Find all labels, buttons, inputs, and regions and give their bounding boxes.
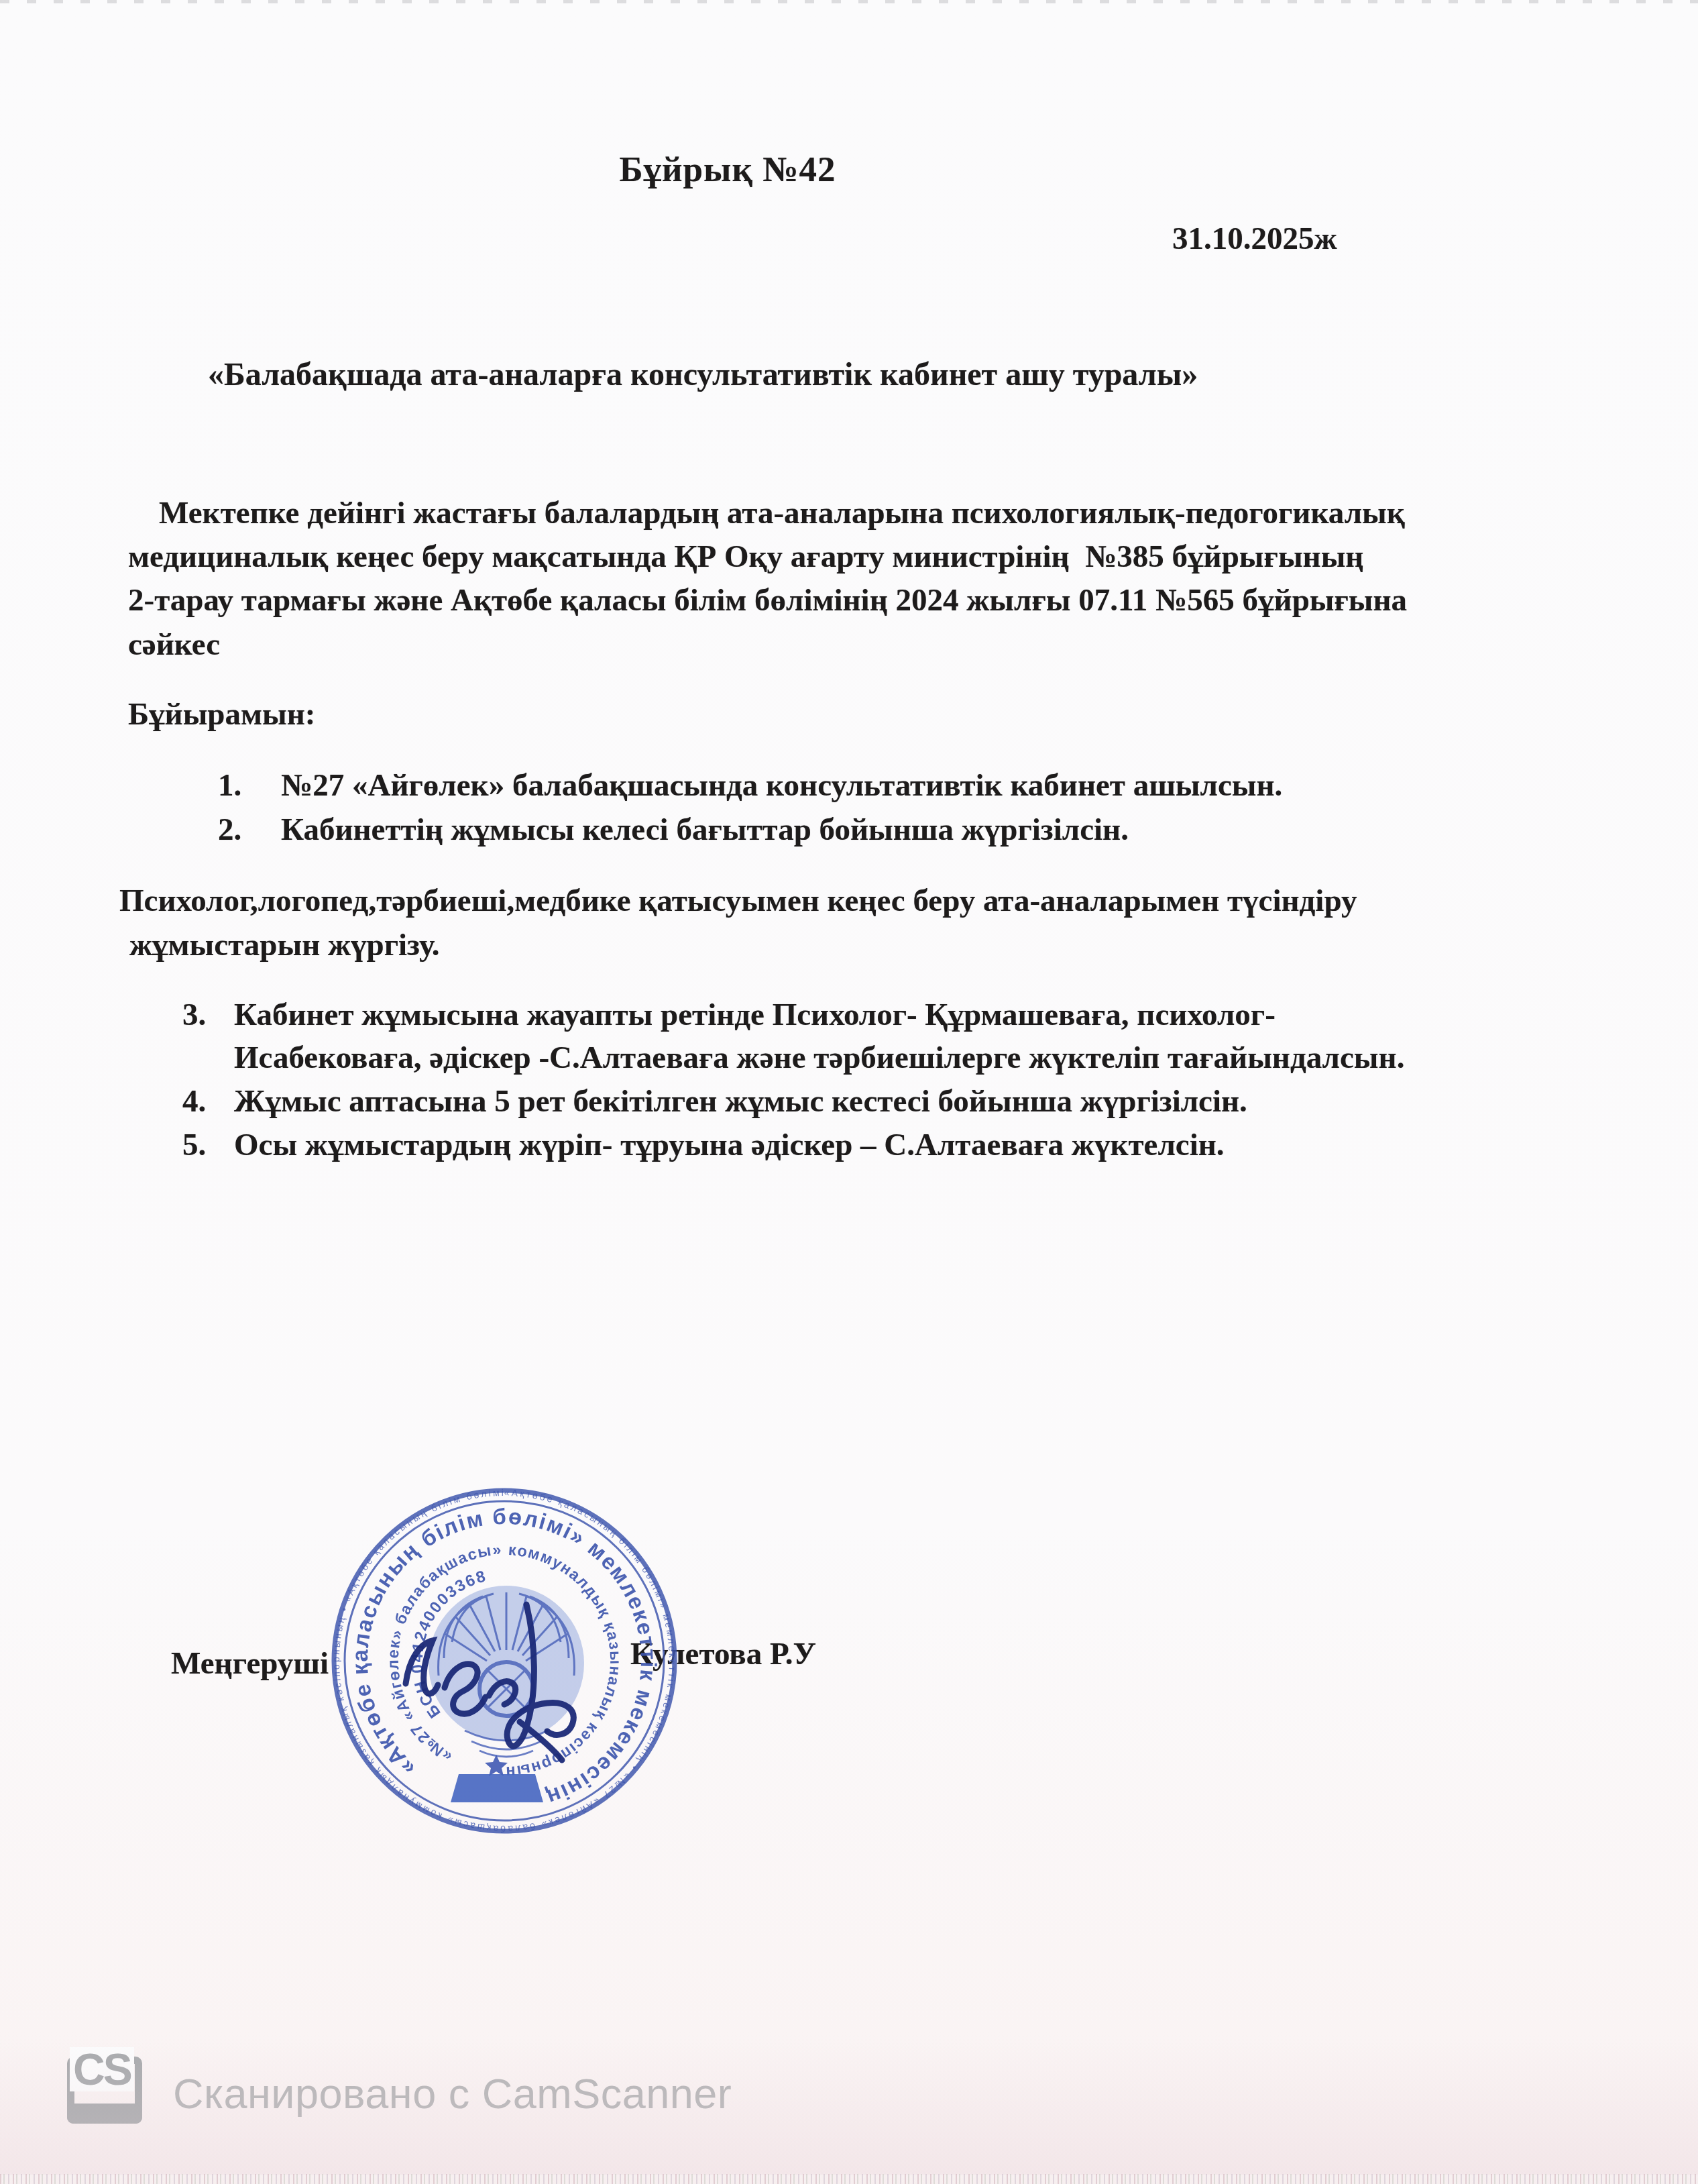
camscanner-logo-letters: CS — [70, 2047, 134, 2091]
signature-scribble — [386, 1529, 701, 1771]
order-item-2-text: Кабинеттің жұмысы келесі бағыттар бойынш… — [281, 812, 1129, 847]
preamble-line-1: Мектепке дейінгі жастағы балалардың ата-… — [159, 496, 1405, 531]
preamble-line-2: медициналық кеңес беру мақсатында ҚР Оқу… — [128, 540, 1363, 575]
order-item-2: 2.Кабинеттің жұмысы келесі бағыттар бойы… — [218, 813, 1129, 848]
order-item-5-number: 5. — [182, 1128, 234, 1163]
order-item-5: 5.Осы жұмыстардың жүріп- тұруына әдіскер… — [182, 1128, 1225, 1163]
doc-date: 31.10.2025ж — [1172, 222, 1337, 257]
order-item-4-number: 4. — [182, 1085, 234, 1120]
directions-line-1: Психолог,логопед,тәрбиеші,медбике қатысу… — [119, 884, 1357, 919]
order-item-5-text: Осы жұмыстардың жүріп- тұруына әдіскер –… — [234, 1128, 1225, 1162]
order-heading: Бұйырамын: — [128, 698, 315, 732]
order-item-1-number: 1. — [218, 769, 281, 804]
order-item-3-number: 3. — [182, 998, 234, 1033]
order-item-3-text-line-1: Кабинет жұмысына жауапты ретінде Психоло… — [234, 997, 1276, 1032]
order-item-1: 1.№27 «Айгөлек» балабақшасында консульта… — [218, 769, 1282, 804]
signature-role: Меңгеруші — [171, 1647, 329, 1682]
doc-title: Бұйрық №42 — [0, 150, 1455, 189]
order-item-2-number: 2. — [218, 813, 281, 848]
preamble-line-3: 2-тарау тармағы және Ақтөбе қаласы білім… — [128, 584, 1407, 618]
order-item-3-text-line-2: Исабековаға, әдіскер -С.Алтаеваға және т… — [234, 1041, 1404, 1076]
scanned-document-page: Бұйрық №42 31.10.2025ж «Балабақшада ата-… — [0, 0, 1698, 2184]
order-item-1-text: №27 «Айгөлек» балабақшасында консультати… — [281, 768, 1282, 803]
camscanner-logo-bottom-bar — [67, 2104, 142, 2124]
camscanner-logo-icon: CS — [67, 2057, 142, 2124]
scan-top-edge-artifact — [0, 0, 1698, 3]
directions-line-2: жұмыстарын жүргізу. — [129, 928, 440, 963]
scan-noise-band — [0, 2174, 1698, 2184]
stamp-banner — [451, 1774, 543, 1802]
preamble-line-4: сәйкес — [128, 628, 220, 663]
order-item-4-text: Жұмыс аптасына 5 рет бекітілген жұмыс ке… — [234, 1084, 1247, 1119]
order-item-3: 3.Кабинет жұмысына жауапты ретінде Психо… — [182, 998, 1276, 1033]
order-item-4: 4.Жұмыс аптасына 5 рет бекітілген жұмыс … — [182, 1085, 1247, 1120]
doc-subject: «Балабақшада ата-аналарға консультативті… — [208, 358, 1198, 393]
camscanner-watermark-text: Сканировано с CamScanner — [173, 2070, 732, 2118]
